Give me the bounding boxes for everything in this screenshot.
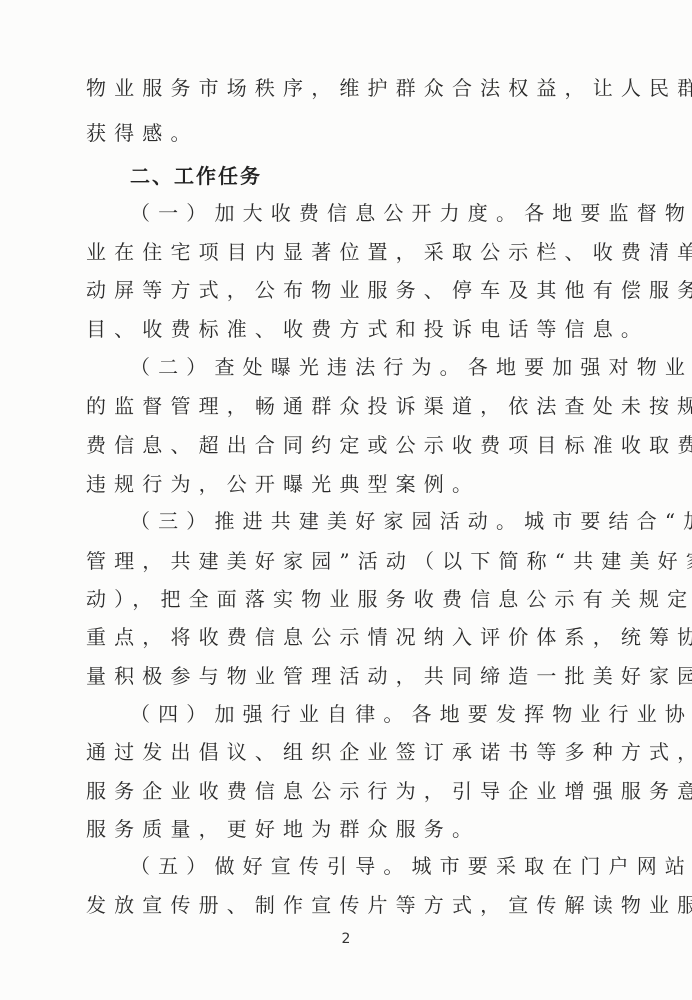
text-line: 获得感。 — [86, 118, 606, 148]
paragraph-2-line-3: 费信息、超出合同约定或公示收费项目标准收取费用等违法 — [86, 430, 606, 460]
paragraph-2-line-4: 违规行为，公开曝光典型案例。 — [86, 469, 606, 499]
paragraph-1-line-3: 动屏等方式，公布物业服务、停车及其他有偿服务的收费项 — [86, 275, 606, 305]
page-number: 2 — [339, 929, 353, 949]
paragraph-1-line-1: （一）加大收费信息公开力度。各地要监督物业服务企 — [130, 198, 650, 228]
paragraph-5-line-1: （五）做好宣传引导。城市要采取在门户网站开辟专栏、 — [130, 851, 650, 881]
document-page: 物业服务市场秩序，维护群众合法权益，让人民群众有更多 获得感。 二、工作任务 （… — [0, 0, 692, 1000]
paragraph-3-line-4: 重点，将收费信息公示情况纳入评价体系，统筹协调各方力 — [86, 622, 606, 652]
paragraph-2-line-1: （二）查处曝光违法行为。各地要加强对物业服务企业 — [130, 352, 650, 382]
section-heading: 二、工作任务 — [130, 161, 650, 191]
paragraph-4-line-4: 服务质量，更好地为群众服务。 — [86, 814, 606, 844]
paragraph-5-line-2: 发放宣传册、制作宣传片等方式，宣传解读物业服务收费法 — [86, 890, 606, 920]
paragraph-3-line-3: 动），把全面落实物业服务收费信息公示有关规定作为工作 — [86, 584, 606, 614]
paragraph-3-line-5: 量积极参与物业管理活动，共同缔造一批美好家园项目。 — [86, 661, 606, 691]
paragraph-3-line-2: 管理，共建美好家园”活动（以下简称“共建美好家园”活 — [86, 546, 606, 576]
paragraph-4-line-3: 服务企业收费信息公示行为，引导企业增强服务意识，提高 — [86, 776, 606, 806]
text-line: 物业服务市场秩序，维护群众合法权益，让人民群众有更多 — [86, 73, 606, 103]
paragraph-2-line-2: 的监督管理，畅通群众投诉渠道，依法查处未按规定公示收 — [86, 391, 606, 421]
paragraph-3-line-1: （三）推进共建美好家园活动。城市要结合“加强物业 — [130, 506, 650, 536]
paragraph-1-line-4: 目、收费标准、收费方式和投诉电话等信息。 — [86, 314, 606, 344]
paragraph-4-line-2: 通过发出倡议、组织企业签订承诺书等多种方式，规范物业 — [86, 737, 606, 767]
paragraph-1-line-2: 业在住宅项目内显著位置，采取公示栏、收费清单、电子滚 — [86, 237, 606, 267]
paragraph-4-line-1: （四）加强行业自律。各地要发挥物业行业协会作用， — [130, 699, 650, 729]
